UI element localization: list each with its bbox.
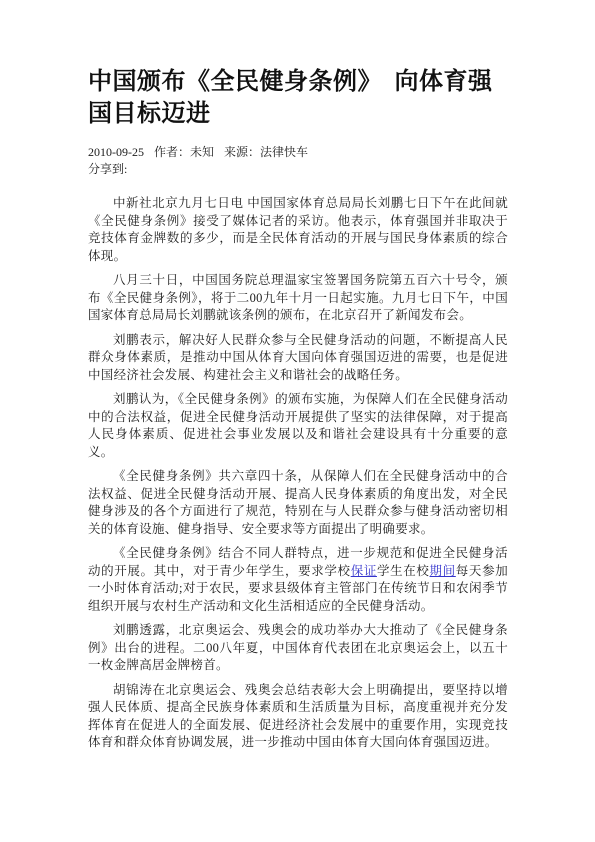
article-body: 中新社北京九月七日电 中国国家体育总局局长刘鹏七日下午在此间就《全民健身条例》接… (88, 195, 508, 752)
author-pair: 作者：未知 (154, 145, 214, 159)
paragraph: 刘鹏表示，解决好人民群众参与全民健身活动的问题，不断提高人民群众身体素质，是推动… (88, 332, 508, 385)
source-pair: 来源：法律快车 (224, 145, 308, 159)
paragraph: 胡锦涛在北京奥运会、残奥会总结表彰大会上明确提出，要坚持以增强人民体质、提高全民… (88, 682, 508, 752)
article-meta: 2010-09-25 作者：未知 来源：法律快车 (88, 144, 508, 161)
page-title: 中国颁布《全民健身条例》 向体育强国目标迈进 (88, 66, 508, 130)
share-label: 分享到: (88, 162, 127, 176)
inline-link[interactable]: 期间 (430, 564, 456, 578)
source-value: 法律快车 (260, 145, 308, 159)
author-value: 未知 (190, 145, 214, 159)
paragraph: 《全民健身条例》共六章四十条，从保障人们在全民健身活动中的合法权益、促进全民健身… (88, 468, 508, 538)
source-label: 来源： (224, 145, 260, 159)
paragraph: 八月三十日，中国国务院总理温家宝签署国务院第五百六十号令，颁布《全民健身条例》，… (88, 272, 508, 325)
paragraph: 刘鹏透露，北京奥运会、残奥会的成功举办大大推动了《全民健身条例》出台的进程。二0… (88, 622, 508, 675)
document-page: 中国颁布《全民健身条例》 向体育强国目标迈进 2010-09-25 作者：未知 … (0, 0, 595, 842)
share-row: 分享到: (88, 161, 508, 178)
paragraph: 《全民健身条例》结合不同人群特点，进一步规范和促进全民健身活动的开展。其中，对于… (88, 545, 508, 615)
publish-date: 2010-09-25 (88, 145, 144, 159)
inline-link[interactable]: 保证 (351, 564, 377, 578)
author-label: 作者： (154, 145, 190, 159)
paragraph: 中新社北京九月七日电 中国国家体育总局局长刘鹏七日下午在此间就《全民健身条例》接… (88, 195, 508, 265)
paragraph: 刘鹏认为，《全民健身条例》的颁布实施，为保障人们在全民健身活动中的合法权益，促进… (88, 391, 508, 461)
